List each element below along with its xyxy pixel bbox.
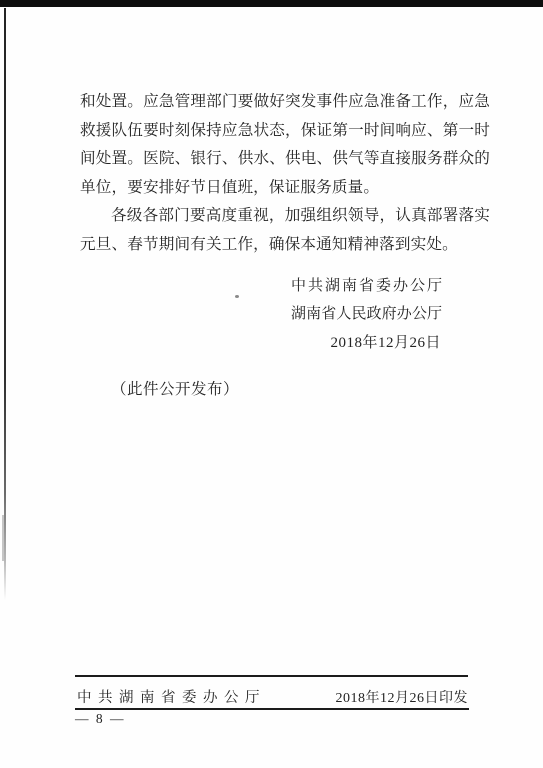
document-page: 和处置。应急管理部门要做好突发事件应急准备工作，应急 救援队伍要时刻保持应急状态… — [0, 0, 543, 768]
footer-print-date: 2018年12月26日印发 — [336, 687, 469, 707]
signature-org-party-office: 中共湖南省委办公厅 — [291, 272, 442, 300]
footer-divider-top — [75, 675, 468, 677]
signature-org-government-office: 湖南省人民政府办公厅 — [291, 300, 442, 328]
paragraph-line: 间处置。医院、银行、供水、供电、供气等直接服务群众的 — [80, 145, 490, 174]
signature-block: 中共湖南省委办公厅 湖南省人民政府办公厅 2018年12月26日 — [291, 272, 442, 357]
document-body: 和处置。应急管理部门要做好突发事件应急准备工作，应急 救援队伍要时刻保持应急状态… — [80, 88, 490, 260]
scan-artifact-top-bar — [0, 0, 543, 7]
scan-artifact-left-line — [4, 8, 6, 600]
public-release-note: （此件公开发布） — [111, 377, 239, 399]
page-number: — 8 — — [75, 711, 126, 727]
footer-issuer: 中共湖南省委办公厅 — [77, 686, 266, 707]
paragraph-line: 元旦、春节期间有关工作，确保本通知精神落到实处。 — [80, 231, 490, 260]
footer-divider-bottom — [75, 708, 469, 710]
paragraph-line: 单位，要安排好节日值班，保证服务质量。 — [80, 174, 490, 203]
paragraph-line: 救援队伍要时刻保持应急状态，保证第一时间响应、第一时 — [80, 117, 490, 146]
scan-artifact-speck — [235, 295, 239, 298]
paragraph-line: 各级各部门要高度重视，加强组织领导，认真部署落实 — [80, 202, 490, 231]
signature-date: 2018年12月26日 — [291, 329, 442, 357]
scan-artifact-speck — [2, 515, 4, 561]
paragraph-line: 和处置。应急管理部门要做好突发事件应急准备工作，应急 — [80, 88, 490, 117]
